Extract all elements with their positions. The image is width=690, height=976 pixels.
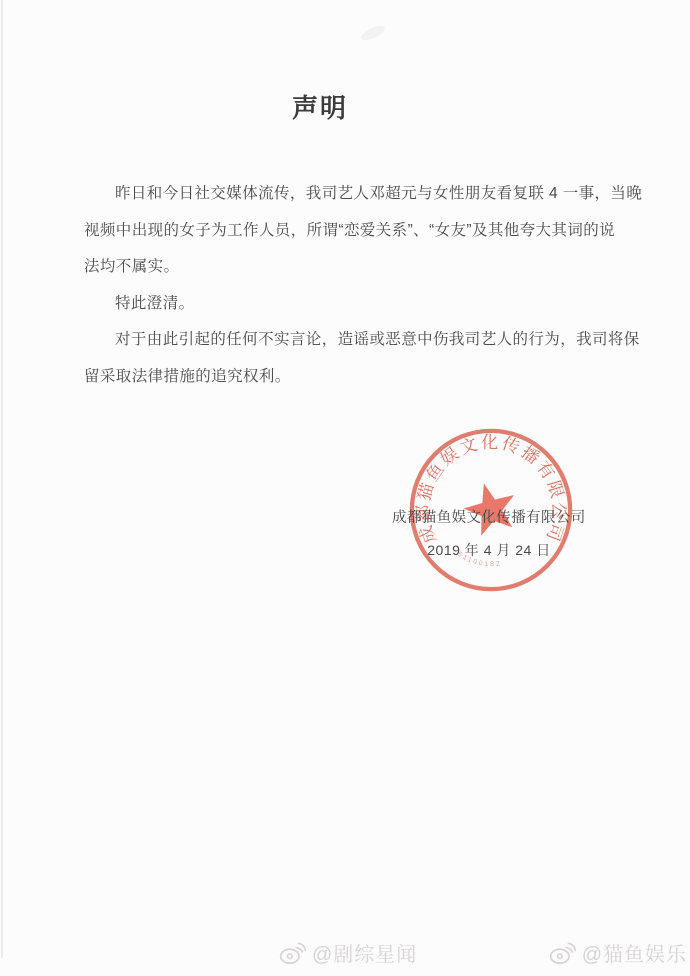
- watermark-right: @猫鱼娱乐: [548, 938, 687, 967]
- scanned-statement-page: { "page": { "background_color": "#fcfcfc…: [0, 0, 690, 976]
- seal-arc-text: 成都猫鱼娱文化传播有限公司: [413, 432, 569, 546]
- statement-line: 留采取法律措施的追究权利。: [84, 359, 644, 396]
- statement-line: 昨日和今日社交媒体流传，我司艺人邓超元与女性朋友看复联 4 一事，当晚: [84, 176, 644, 213]
- document-title: 声明: [0, 88, 640, 125]
- statement-line: 法均不属实。: [84, 249, 644, 286]
- watermark-handle: @猫鱼娱乐: [582, 938, 687, 967]
- weibo-icon: [548, 941, 576, 965]
- watermark-handle: @剧综星闻: [312, 938, 417, 967]
- svg-text:成都猫鱼娱文化传播有限公司: 成都猫鱼娱文化传播有限公司: [413, 432, 569, 546]
- scan-edge-artifact: [1, 0, 3, 958]
- signature-date: 2019 年 4 月 24 日: [383, 540, 595, 560]
- watermark-left: @剧综星闻: [278, 938, 417, 967]
- statement-body: 昨日和今日社交媒体流传，我司艺人邓超元与女性朋友看复联 4 一事，当晚 视频中出…: [84, 176, 644, 395]
- weibo-icon: [278, 941, 306, 965]
- statement-line: 特此澄清。: [84, 286, 644, 323]
- statement-line: 视频中出现的女子为工作人员，所谓“恋爱关系”、“女友”及其他夸大其词的说: [84, 213, 644, 250]
- scan-smudge-artifact: [359, 23, 387, 43]
- signature-company-name: 成都猫鱼娱文化传播有限公司: [392, 506, 586, 527]
- statement-line: 对于由此引起的任何不实言论，造谣或恶意中伤我司艺人的行为，我司将保: [84, 322, 644, 359]
